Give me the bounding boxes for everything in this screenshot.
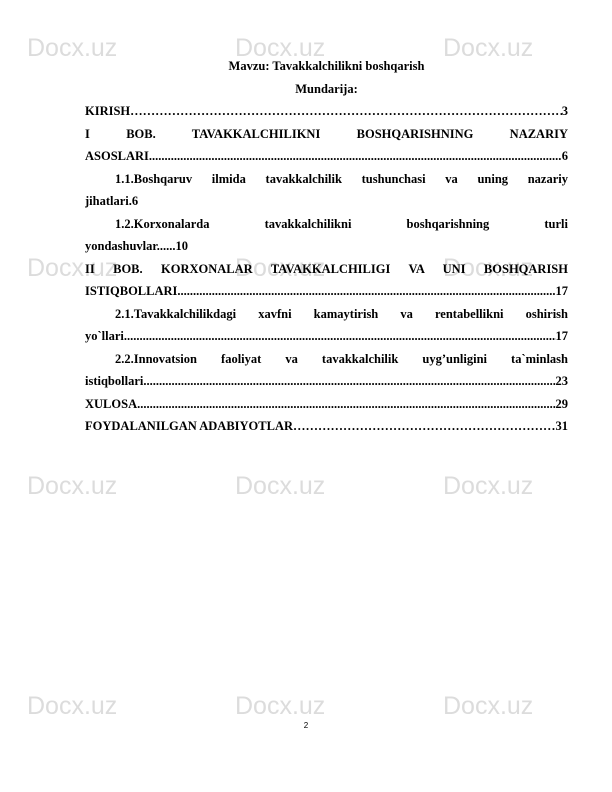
toc-entry-bob-1[interactable]: I BOB. TAVAKKALCHILIKNI BOSHQARISHNING N… [85, 123, 568, 168]
toc-entry-text: FOYDALANILGAN ADABIYOTLAR [85, 415, 293, 438]
toc-page-number: 17 [556, 325, 569, 348]
dot-leader [146, 370, 555, 393]
dot-leader [177, 280, 555, 303]
toc-entry-2-1[interactable]: 2.1.Tavakkalchilikdagi xavfni kamaytiris… [85, 303, 568, 348]
document-title: Mavzu: Tavakkalchilikni boshqarish [85, 55, 568, 78]
toc-entry-text-line2: jihatlari. [85, 194, 132, 208]
dot-leader [130, 100, 562, 123]
watermark: Docx.uz [443, 694, 533, 719]
toc-page-number: 10 [176, 239, 189, 253]
watermark: Docx.uz [27, 474, 117, 499]
toc-entry-1-1[interactable]: 1.1.Boshqaruv ilmida tavakkalchilik tush… [85, 168, 568, 213]
toc-page-number: 6 [132, 194, 138, 208]
dot-leader [149, 145, 562, 168]
dot-leader [124, 325, 556, 348]
toc-entry-text-line1: I BOB. TAVAKKALCHILIKNI BOSHQARISHNING N… [85, 123, 568, 146]
toc-entry-text-line1: 1.2.Korxonalarda tavakkalchilikni boshqa… [85, 213, 568, 236]
toc-entry-bob-2[interactable]: II BOB. KORXONALAR TAVAKKALCHILIGI VA UN… [85, 258, 568, 303]
toc-entry-text-line2: ISTIQBOLLARI [85, 280, 177, 303]
dot-leader [137, 393, 555, 416]
toc-page-number: 23 [556, 370, 569, 393]
toc-entry-text-line2: istiqbollari. [85, 370, 146, 393]
toc-page-number: 17 [556, 280, 569, 303]
toc-entry-text-line1: 1.1.Boshqaruv ilmida tavakkalchilik tush… [85, 168, 568, 191]
watermark: Docx.uz [235, 694, 325, 719]
watermark: Docx.uz [235, 474, 325, 499]
watermark: Docx.uz [27, 694, 117, 719]
toc-page-number: 29 [556, 393, 569, 416]
toc-page-number: 3 [562, 100, 568, 123]
dot-leader [293, 415, 555, 438]
toc-entry-kirish[interactable]: KIRISH 3 [85, 100, 568, 123]
toc-entry-1-2[interactable]: 1.2.Korxonalarda tavakkalchilikni boshqa… [85, 213, 568, 258]
toc-entry-text-line2: ASOSLARI [85, 145, 149, 168]
toc-entry-text-line2: yondashuvlar [85, 239, 157, 253]
watermark: Docx.uz [443, 474, 533, 499]
toc-entry-adabiyotlar[interactable]: FOYDALANILGAN ADABIYOTLAR 31 [85, 415, 568, 438]
toc-entry-text-line1: 2.2.Innovatsion faoliyat va tavakkalchil… [85, 348, 568, 371]
toc-entry-text: XULOSA [85, 393, 137, 416]
toc-entry-text-line1: 2.1.Tavakkalchilikdagi xavfni kamaytiris… [85, 303, 568, 326]
toc-page-number: 6 [562, 145, 568, 168]
page-number: 2 [0, 721, 612, 730]
dot-leader: ...... [157, 239, 176, 253]
toc-entry-text: KIRISH [85, 100, 130, 123]
toc-entry-2-2[interactable]: 2.2.Innovatsion faoliyat va tavakkalchil… [85, 348, 568, 393]
toc-page-number: 31 [556, 415, 569, 438]
toc-entry-xulosa[interactable]: XULOSA 29 [85, 393, 568, 416]
toc-heading: Mundarija: [85, 78, 568, 101]
document-page: Mavzu: Tavakkalchilikni boshqarish Munda… [85, 55, 568, 438]
toc-entry-text-line1: II BOB. KORXONALAR TAVAKKALCHILIGI VA UN… [85, 258, 568, 281]
toc-entry-text-line2: yo`llari [85, 325, 124, 348]
